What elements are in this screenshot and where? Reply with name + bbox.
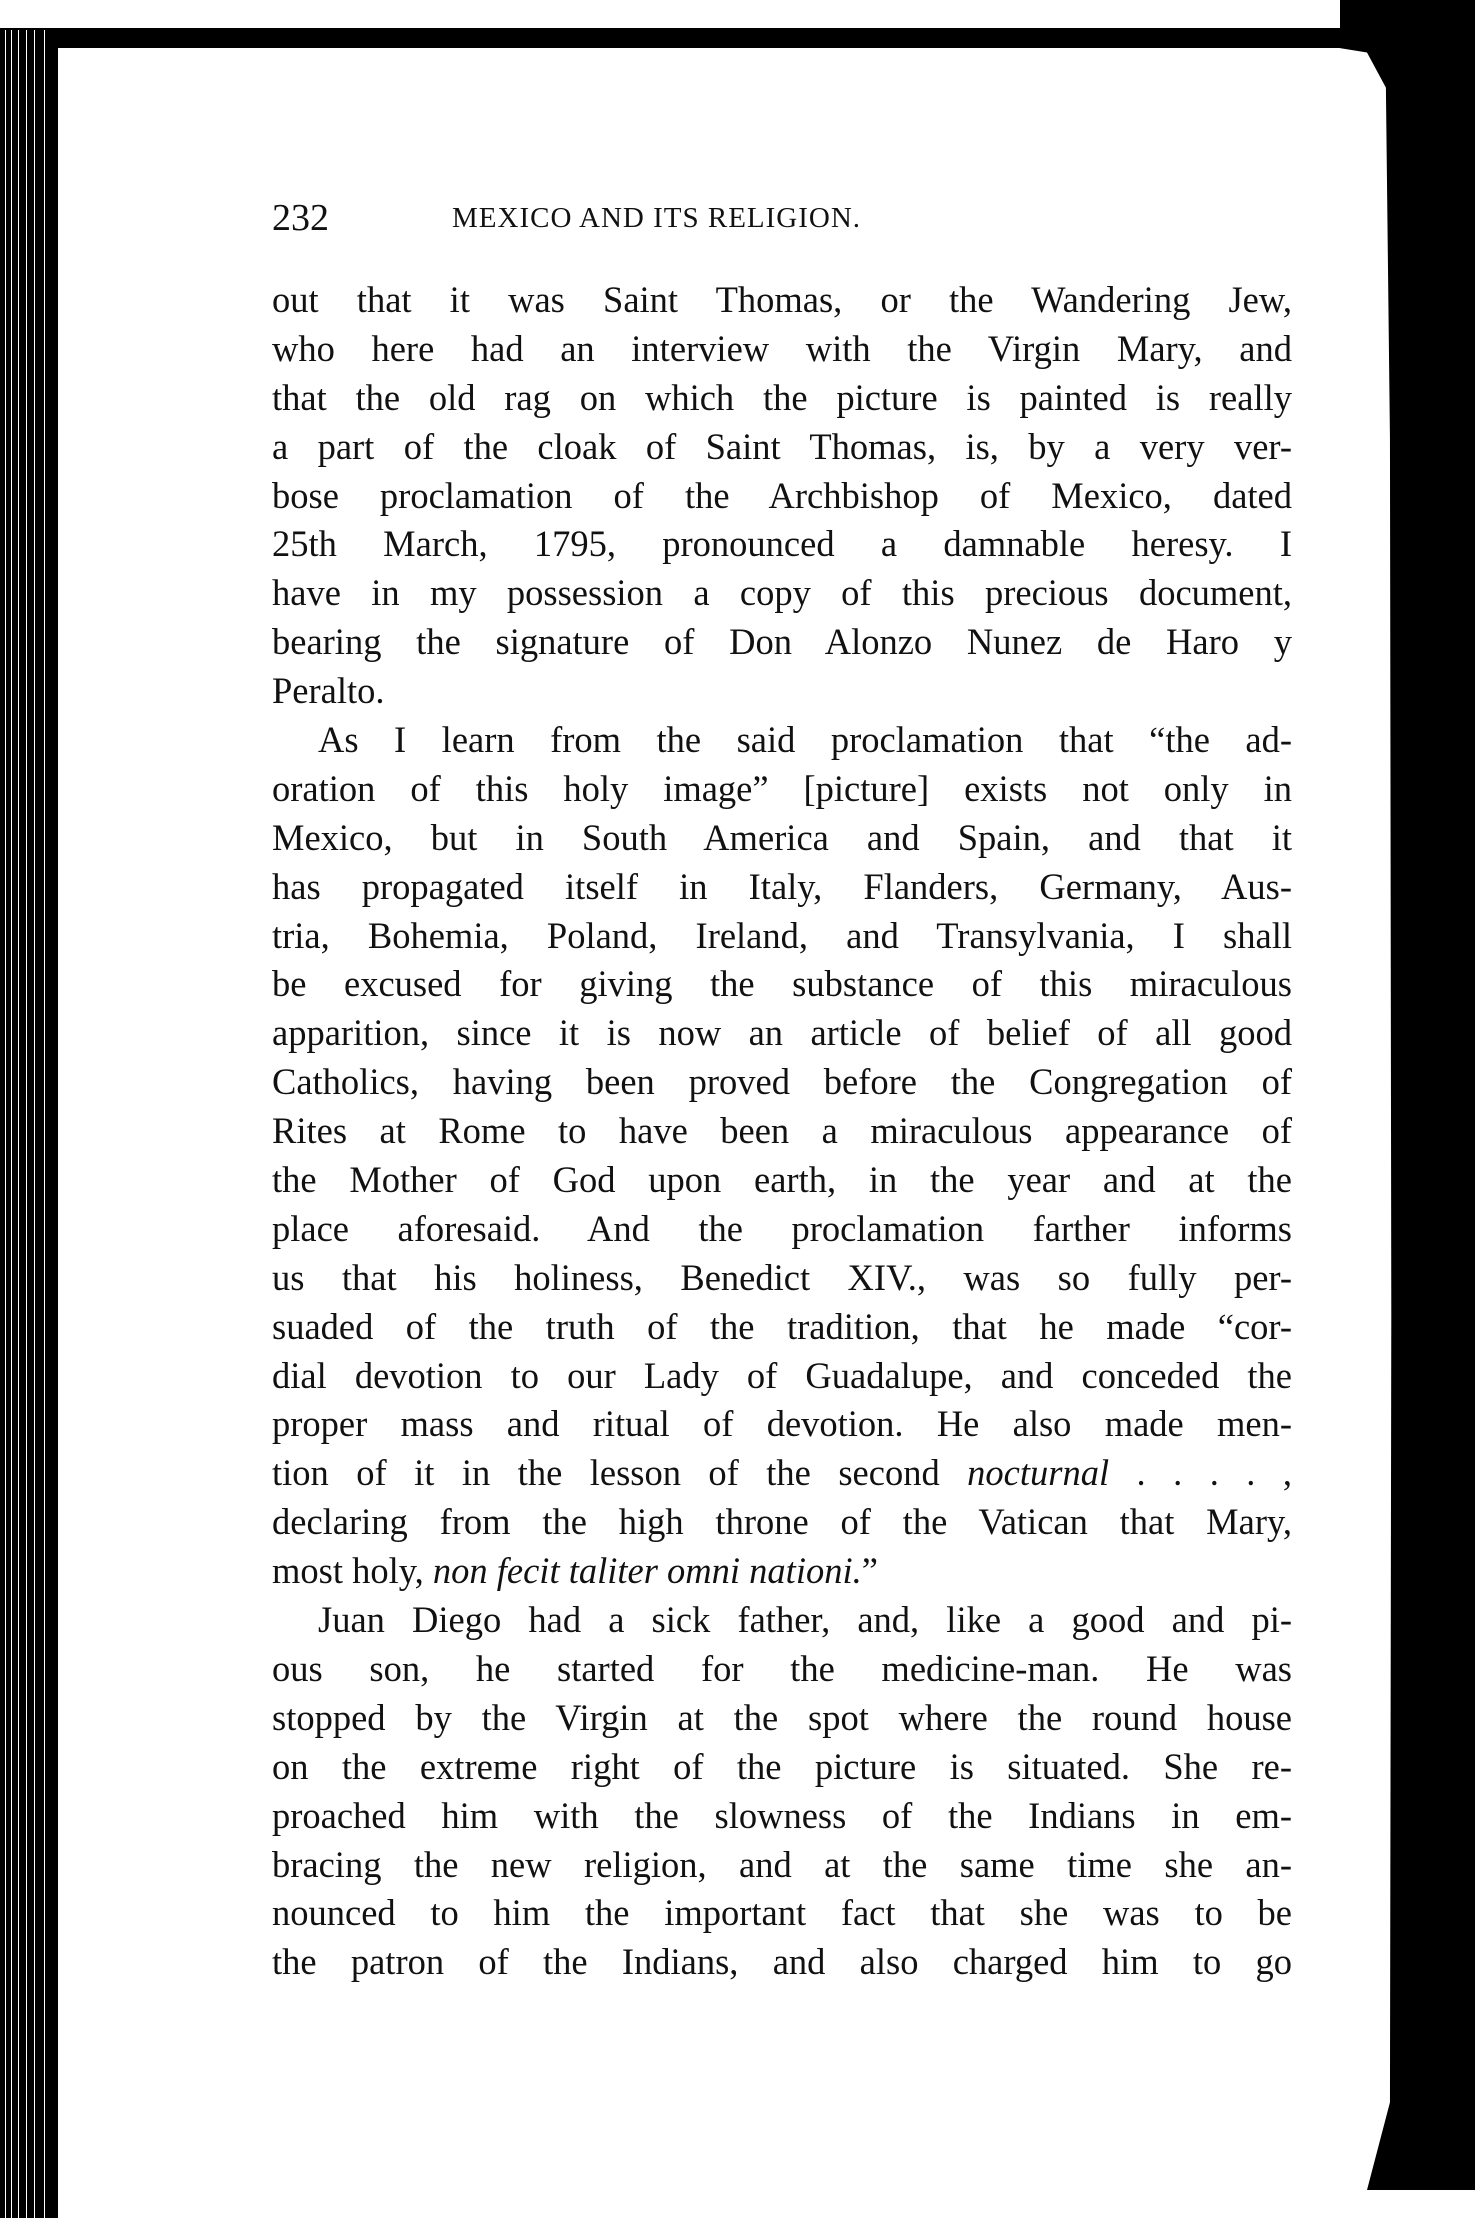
text-line: us that his holiness, Benedict XIV., was…: [272, 1254, 1292, 1303]
text-span: tion of it in the lesson of the second: [272, 1452, 967, 1493]
text-line: Peralto.: [272, 667, 1292, 716]
text-span: . . . . ,: [1109, 1452, 1292, 1493]
text-line: ous son, he started for the medicine-man…: [272, 1645, 1292, 1694]
text-span: ”: [862, 1550, 878, 1591]
text-line: stopped by the Virgin at the spot where …: [272, 1694, 1292, 1743]
text-line: nounced to him the important fact that s…: [272, 1889, 1292, 1938]
text-line: a part of the cloak of Saint Thomas, is,…: [272, 423, 1292, 472]
text-line: apparition, since it is now an article o…: [272, 1009, 1292, 1058]
text-line: the patron of the Indians, and also char…: [272, 1938, 1292, 1987]
paragraph-3: Juan Diego had a sick father, and, like …: [272, 1596, 1292, 1987]
text-line: the Mother of God upon earth, in the yea…: [272, 1156, 1292, 1205]
text-line: be excused for giving the substance of t…: [272, 960, 1292, 1009]
text-line: declaring from the high throne of the Va…: [272, 1498, 1292, 1547]
book-binding-edge: [0, 30, 58, 2218]
scan-top-edge: [0, 28, 1400, 48]
text-line: oration of this holy image” [picture] ex…: [272, 765, 1292, 814]
page-header: 232 MEXICO AND ITS RELIGION.: [272, 196, 1292, 240]
text-line: most holy, non fecit taliter omni nation…: [272, 1547, 1292, 1596]
text-line: proached him with the slowness of the In…: [272, 1792, 1292, 1841]
text-line: suaded of the truth of the tradition, th…: [272, 1303, 1292, 1352]
text-line: has propagated itself in Italy, Flanders…: [272, 863, 1292, 912]
text-line: have in my possession a copy of this pre…: [272, 569, 1292, 618]
text-line: dial devotion to our Lady of Guadalupe, …: [272, 1352, 1292, 1401]
text-line: out that it was Saint Thomas, or the Wan…: [272, 276, 1292, 325]
text-line: that the old rag on which the picture is…: [272, 374, 1292, 423]
paragraph-2: As I learn from the said proclamation th…: [272, 716, 1292, 1596]
text-line: Catholics, having been proved before the…: [272, 1058, 1292, 1107]
scan-right-edge: [1340, 0, 1475, 2190]
text-line: on the extreme right of the picture is s…: [272, 1743, 1292, 1792]
text-line: who here had an interview with the Virgi…: [272, 325, 1292, 374]
text-line: Juan Diego had a sick father, and, like …: [272, 1596, 1292, 1645]
page-number: 232: [272, 196, 329, 240]
text-line: bearing the signature of Don Alonzo Nune…: [272, 618, 1292, 667]
latin-quote: non fecit taliter omni nationi.: [433, 1550, 862, 1591]
italic-term: nocturnal: [967, 1452, 1109, 1493]
text-line: tion of it in the lesson of the second n…: [272, 1449, 1292, 1498]
text-line: Mexico, but in South America and Spain, …: [272, 814, 1292, 863]
text-line: place aforesaid. And the proclamation fa…: [272, 1205, 1292, 1254]
body-text: out that it was Saint Thomas, or the Wan…: [272, 276, 1292, 1987]
text-line: bose proclamation of the Archbishop of M…: [272, 472, 1292, 521]
running-head: MEXICO AND ITS RELIGION.: [452, 202, 861, 235]
text-line: bracing the new religion, and at the sam…: [272, 1841, 1292, 1890]
text-line: 25th March, 1795, pronounced a damnable …: [272, 520, 1292, 569]
text-line: tria, Bohemia, Poland, Ireland, and Tran…: [272, 912, 1292, 961]
text-line: As I learn from the said proclamation th…: [272, 716, 1292, 765]
text-line: proper mass and ritual of devotion. He a…: [272, 1400, 1292, 1449]
paragraph-1: out that it was Saint Thomas, or the Wan…: [272, 276, 1292, 716]
text-line: Rites at Rome to have been a miraculous …: [272, 1107, 1292, 1156]
text-span: most holy,: [272, 1550, 433, 1591]
